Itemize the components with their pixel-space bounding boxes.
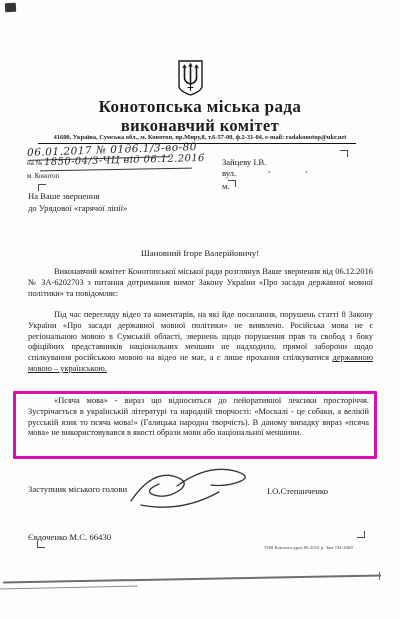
executor-line: Євдоченко М.С. 66430 <box>28 532 111 542</box>
fold-mark-subject-left <box>38 184 46 191</box>
ref-blank-line-2 <box>40 168 192 172</box>
scanned-letter-page: Конотопська міська рада виконавчий коміт… <box>0 0 400 619</box>
signatory-position: Заступник міського голови <box>28 484 127 494</box>
highlighted-paragraph: «Псяча мова» - вираз що відноситься до п… <box>28 396 369 439</box>
letterhead-address-line: 41600, Україна, Сумська обл., м. Конотоп… <box>0 134 400 141</box>
scan-artifact-blot <box>5 3 16 13</box>
print-shop-info: ТОВ Конотоп друк 06.2016 р. Зам.744-2000 <box>264 545 353 550</box>
scan-artifact-line-tick <box>379 572 380 580</box>
subject-line-1: На Ваше звернення <box>28 191 99 201</box>
body-paragraph-2: Під час перегляду відео та коментарів, н… <box>28 310 373 375</box>
subject-line-2: до Урядової «гарячої лінії» <box>28 203 127 213</box>
scan-artifact-line-2 <box>0 586 138 590</box>
recipient-name: Зайцеву І.В. <box>222 157 266 167</box>
salutation: Шановний Ігоре Валерійовичу! <box>0 248 400 258</box>
magenta-highlight-box: «Псяча мова» - вираз що відноситься до п… <box>13 391 377 459</box>
body-paragraph-2-text: Під час перегляду відео та коментарів, н… <box>28 310 373 362</box>
body-paragraph-1: Виконавчий комітет Конотопської міської … <box>28 267 373 299</box>
organization-name: Конотопська міська рада <box>0 97 400 117</box>
fold-mark-bottom-right <box>357 531 365 538</box>
fold-mark-top-right <box>340 150 348 157</box>
signature-scribble <box>123 461 261 511</box>
signatory-name: І.О.Степанченко <box>267 486 328 496</box>
fold-mark-bottom-left <box>37 541 45 548</box>
recipient-street-label: вул. <box>222 168 236 178</box>
recipient-handwritten-marks: , , <box>268 165 308 175</box>
scan-artifact-line-1 <box>3 575 381 584</box>
recipient-city-label: м. <box>222 181 230 191</box>
sender-city: м. Конотоп <box>27 173 59 180</box>
organization-subtitle: виконавчий комітет <box>0 116 400 136</box>
incoming-ref-prefix: на № <box>27 159 42 167</box>
ukraine-trident-emblem <box>177 60 204 96</box>
